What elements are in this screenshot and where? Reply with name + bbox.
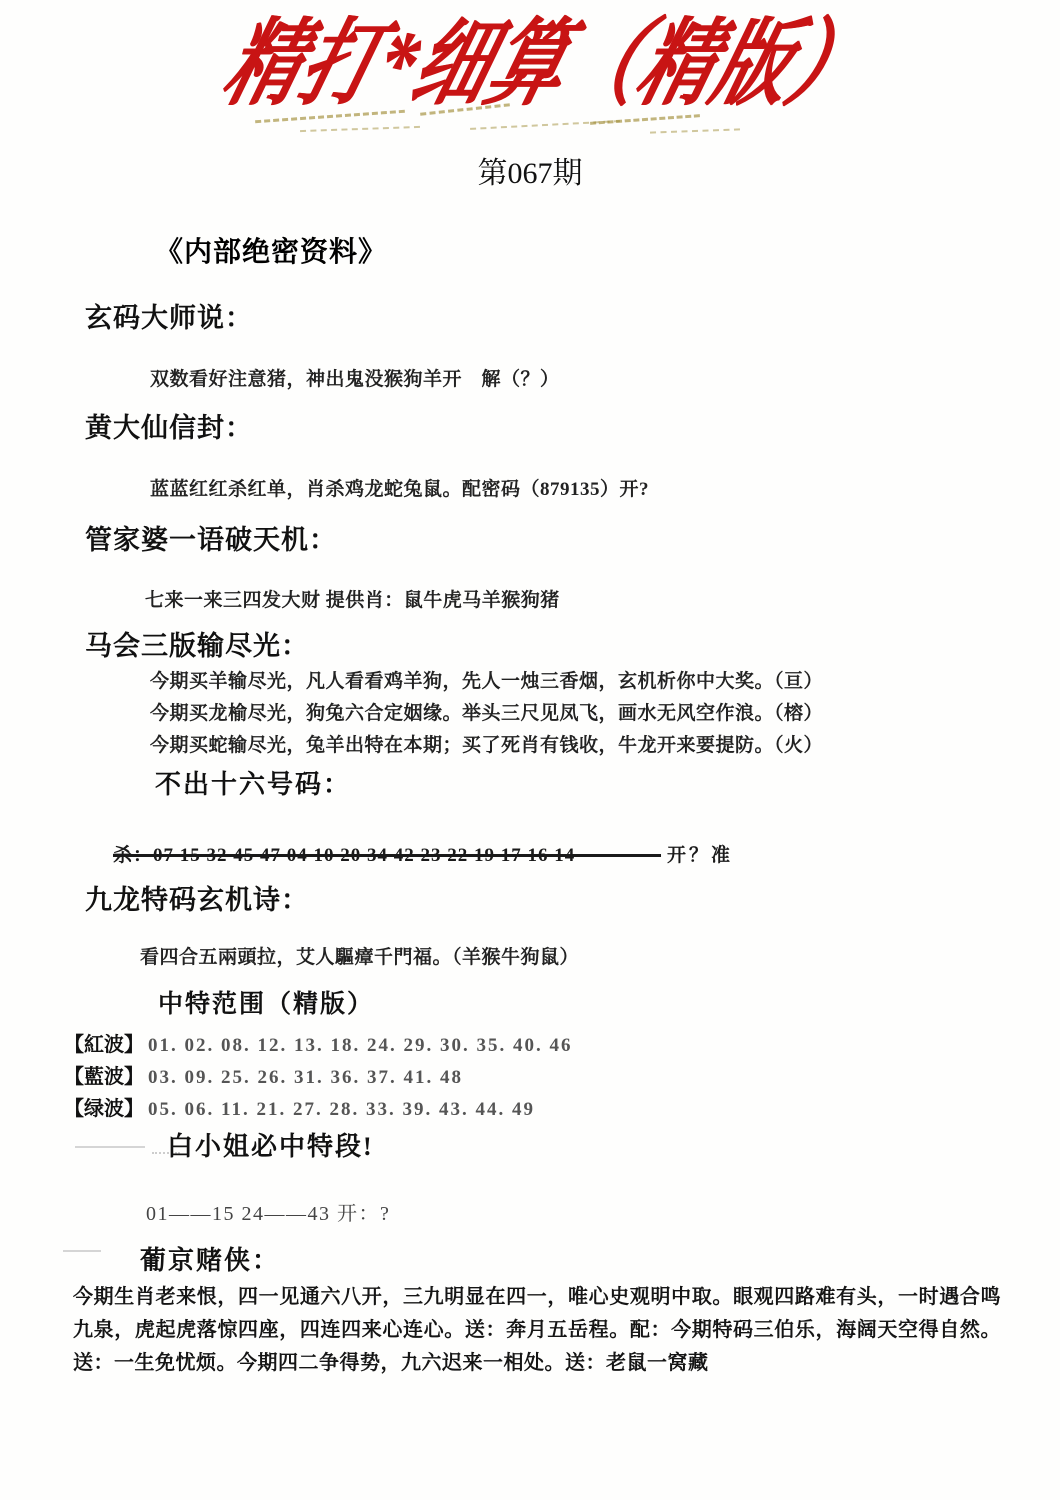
wave-table: 【紅波】 01. 02. 08. 12. 13. 18. 24. 29. 30.… [64,1028,573,1124]
section-content-xuanma: 双数看好注意猪，神出鬼没猴狗羊开 解（？） [150,364,560,391]
section-content-baixiaojie: 01——15 24——43 开：? [146,1197,390,1226]
section-heading-zhongte: 中特范围（精版） [158,984,374,1020]
secret-header: 《内部绝密资料》 [155,230,387,270]
section-content-huangdaxian: 蓝蓝红红杀红单，肖杀鸡龙蛇兔鼠。配密码（879135）开? [150,474,649,501]
scan-smudge [75,1146,145,1148]
killed-numbers-result: 开？准 [667,845,733,866]
section-heading-mahui: 马会三版输尽光： [85,624,309,663]
mahui-line: 今期买羊输尽光，凡人看看鸡羊狗，先人一烛三香烟，玄机析你中大奖。（亘） [150,666,823,698]
killed-numbers-line: 杀：07 15 32 45 47 04 10 20 34 42 23 22 19… [113,840,733,867]
wave-row-blue: 【藍波】 03. 09. 25. 26. 31. 36. 37. 41. 48 [64,1060,573,1092]
page-title: 精打*细算（精版） [211,0,888,124]
wave-label-green: 【绿波】 [64,1098,144,1120]
section-heading-buchu: 不出十六号码： [155,764,351,801]
wave-row-green: 【绿波】 05. 06. 11. 21. 27. 28. 33. 39. 43.… [64,1092,573,1124]
document-page: 精打*细算（精版） 第067期 《内部绝密资料》 玄码大师说： 双数看好注意猪，… [0,0,1060,1500]
mahui-line: 今期买蛇输尽光，兔羊出特在本期；买了死肖有钱收，牛龙开来要提防。（火） [150,730,823,762]
section-content-pujing: 今期生肖老来恨，四一见通六八开，三九明显在四一，唯心史观明中取。眼观四路难有头，… [73,1281,1001,1380]
section-heading-guanjiapo: 管家婆一语破天机： [85,518,337,557]
wave-numbers-blue: 03. 09. 25. 26. 31. 36. 37. 41. 48 [148,1067,463,1088]
scan-smudge [63,1250,101,1252]
section-heading-baixiaojie: 白小姐必中特段! [167,1126,374,1163]
section-content-guanjiapo: 七来一来三四发大财 提供肖：鼠牛虎马羊猴狗猪 [145,585,560,612]
issue-number: 第067期 [0,148,1060,192]
wave-label-red: 【紅波】 [64,1034,144,1056]
section-heading-xuanma: 玄码大师说： [85,296,253,335]
banner: 精打*细算（精版） [0,18,1060,148]
section-heading-pujing: 葡京赌侠： [140,1240,280,1277]
mahui-line: 今期买龙榆尽光，狗兔六合定姻缘。举头三尺见凤飞，画水无风空作浪。（榕） [150,698,823,730]
section-heading-huangdaxian: 黄大仙信封： [85,406,253,445]
section-heading-jiulong: 九龙特码玄机诗： [85,878,309,917]
wave-numbers-green: 05. 06. 11. 21. 27. 28. 33. 39. 43. 44. … [148,1099,535,1120]
wave-label-blue: 【藍波】 [64,1066,144,1088]
section-content-mahui: 今期买羊输尽光，凡人看看鸡羊狗，先人一烛三香烟，玄机析你中大奖。（亘） 今期买龙… [150,666,823,762]
wave-numbers-red: 01. 02. 08. 12. 13. 18. 24. 29. 30. 35. … [148,1035,573,1056]
wave-row-red: 【紅波】 01. 02. 08. 12. 13. 18. 24. 29. 30.… [64,1028,573,1060]
killed-numbers: 杀：07 15 32 45 47 04 10 20 34 42 23 22 19… [113,845,661,866]
section-content-jiulong: 看四合五兩頭拉，艾人驅瘴千門福。（羊猴牛狗鼠） [140,942,579,969]
